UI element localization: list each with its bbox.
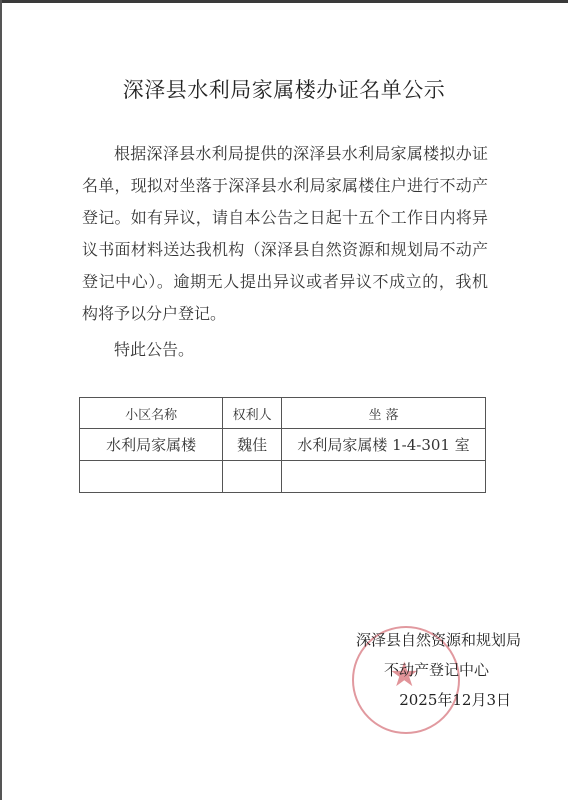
header-location: 坐 落 [282, 398, 486, 429]
cell-owner [223, 461, 282, 493]
scan-edge-left [0, 0, 2, 800]
cell-location [282, 461, 486, 493]
signature-dept: 不动产登记中心 [356, 655, 521, 685]
cell-owner: 魏佳 [223, 429, 282, 461]
cell-location: 水利局家属楼 1-4-301 室 [282, 429, 486, 461]
header-owner: 权利人 [223, 398, 282, 429]
scan-edge-top [0, 0, 568, 3]
notice-paragraph: 根据深泽县水利局提供的深泽县水利局家属楼拟办证名单，现拟对坐落于深泽县水利局家属… [82, 138, 488, 330]
table-row [80, 461, 486, 493]
page-title: 深泽县水利局家属楼办证名单公示 [0, 74, 568, 104]
notice-body: 根据深泽县水利局提供的深泽县水利局家属楼拟办证名单，现拟对坐落于深泽县水利局家属… [82, 138, 488, 366]
registration-table: 小区名称 权利人 坐 落 水利局家属楼 魏佳 水利局家属楼 1-4-301 室 [79, 397, 486, 493]
cell-community: 水利局家属楼 [80, 429, 223, 461]
table-row: 水利局家属楼 魏佳 水利局家属楼 1-4-301 室 [80, 429, 486, 461]
signature-org: 深泽县自然资源和规划局 [356, 625, 521, 655]
table-header-row: 小区名称 权利人 坐 落 [80, 398, 486, 429]
signature-date: 2025年12月3日 [356, 685, 521, 715]
signature-block: 深泽县自然资源和规划局 不动产登记中心 2025年12月3日 [356, 625, 521, 715]
closing-line: 特此公告。 [82, 334, 488, 366]
header-community: 小区名称 [80, 398, 223, 429]
cell-community [80, 461, 223, 493]
